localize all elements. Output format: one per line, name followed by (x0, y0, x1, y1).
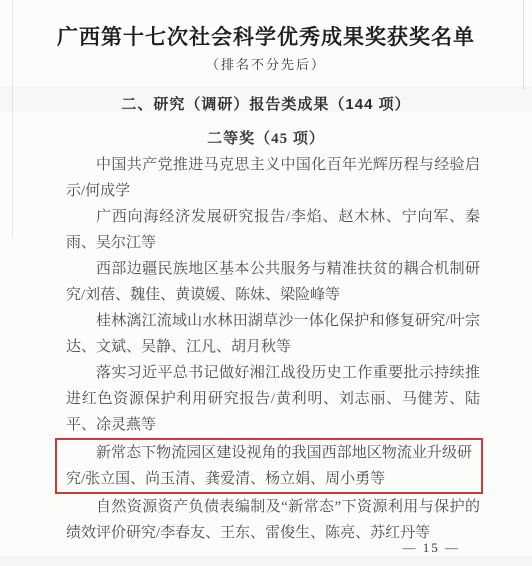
award-entry: 自然资源资产负债表编制及“新常态”下资源利用与保护的绩效评价研究/李春友、王东、… (66, 494, 480, 546)
page-number: — 15 — (403, 540, 461, 556)
award-tier-heading: 二等奖（45 项） (0, 130, 532, 148)
award-entry: 桂林漓江流域山水林田湖草沙一体化保护和修复研究/叶宗达、文斌、吴静、江凡、胡月秋… (66, 308, 480, 360)
scan-artifact-line (523, 0, 524, 90)
entries-list: 中国共产党推进马克思主义中国化百年光辉历程与经验启示/何成学 广西向海经济发展研… (66, 152, 480, 546)
page-title: 广西第十七次社会科学优秀成果奖获奖名单 (0, 0, 532, 50)
scan-artifact-line (12, 0, 13, 238)
award-entry: 落实习近平总书记做好湘江战役历史工作重要批示持续推进红色资源保护利用研究报告/黄… (66, 360, 480, 438)
scan-artifact-band (0, 86, 532, 112)
highlight-box: 新常态下物流园区建设视角的我国西部地区物流业升级研究/张立国、尚玉清、龚爱清、杨… (55, 438, 483, 494)
award-entry: 广西向海经济发展研究报告/李焰、赵木林、宁向军、秦雨、吴尔江等 (66, 204, 480, 256)
award-entry: 西部边疆民族地区基本公共服务与精准扶贫的耦合机制研究/刘蓓、魏佳、黄谟媛、陈妹、… (66, 256, 480, 308)
subtitle: （排名不分先后） (0, 57, 532, 73)
award-entry: 中国共产党推进马克思主义中国化百年光辉历程与经验启示/何成学 (66, 152, 480, 204)
document-page: 广西第十七次社会科学优秀成果奖获奖名单 （排名不分先后） 二、研究（调研）报告类… (0, 0, 532, 566)
scan-artifact-band (0, 556, 532, 566)
award-entry-highlighted: 新常态下物流园区建设视角的我国西部地区物流业升级研究/张立国、尚玉清、龚爱清、杨… (66, 440, 472, 492)
